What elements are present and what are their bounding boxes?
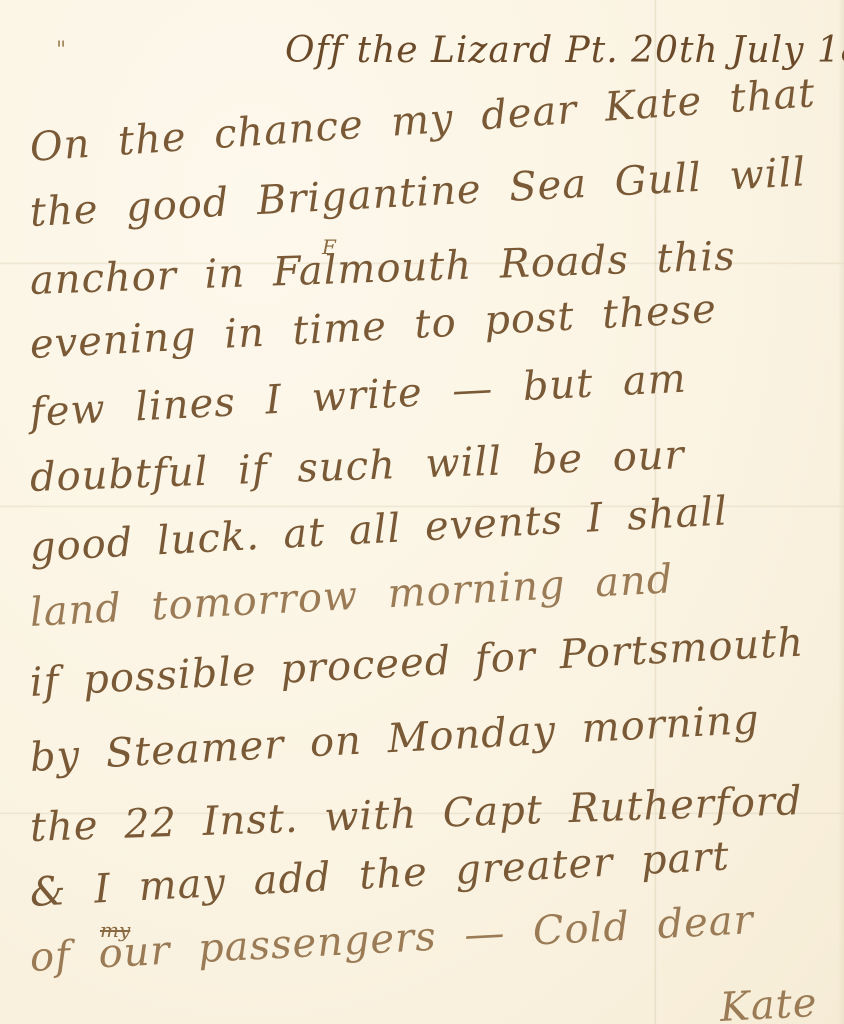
letter-line: Kate <box>719 980 819 1024</box>
paper-edge <box>838 0 844 1024</box>
corner-mark: " <box>56 38 66 63</box>
letter-heading: Off the Lizard Pt. 20th July 1839 <box>285 30 844 71</box>
